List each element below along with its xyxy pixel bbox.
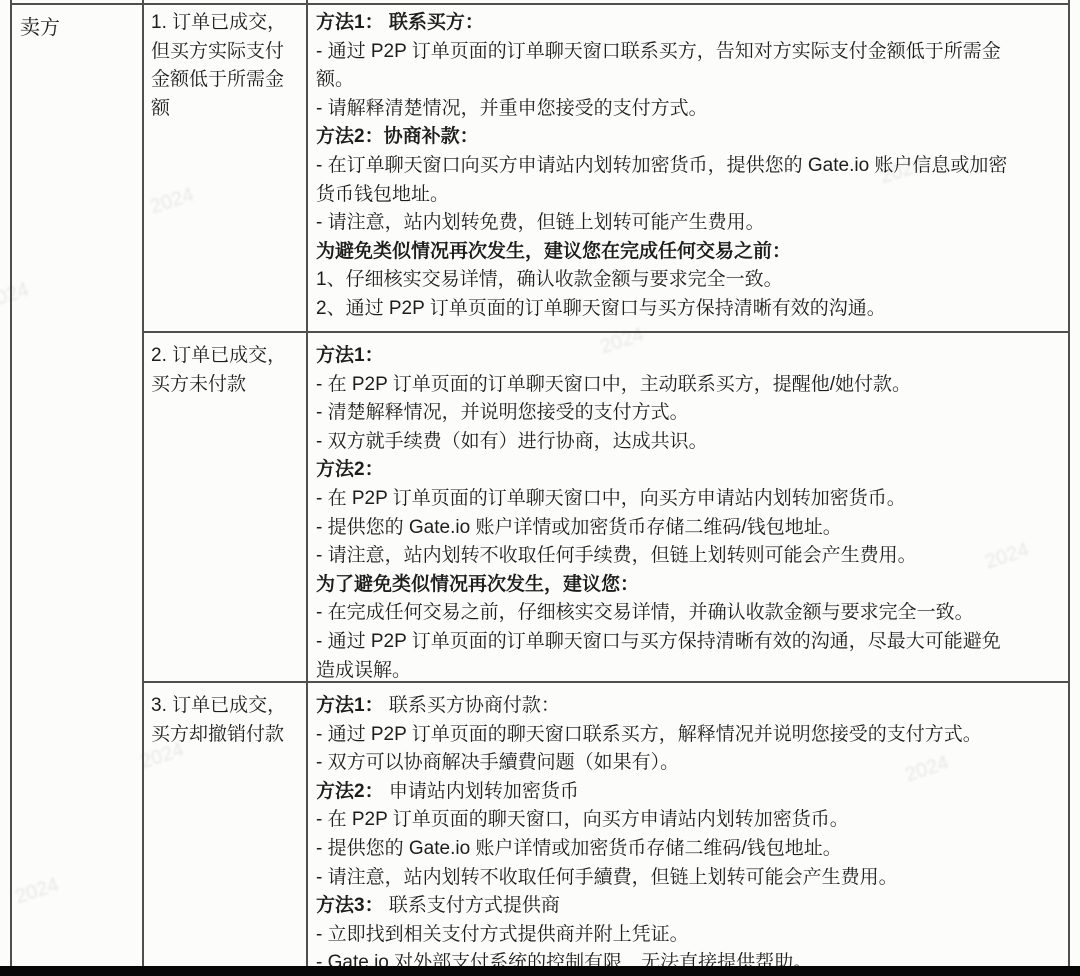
solution-line: - 通过 P2P 订单页面的订单聊天窗口与买方保持清晰有效的沟通，尽最大可能避免… xyxy=(316,628,1012,683)
solution-line: 方法2： 申请站内划转加密货币 xyxy=(316,778,1012,807)
solution-line: - 请解释清楚情况，并重申您接受的支付方式。 xyxy=(316,95,1012,124)
solution-line: 2、通过 P2P 订单页面的订单聊天窗口与买方保持清晰有效的沟通。 xyxy=(316,295,1012,324)
issue-cell-1: 1. 订单已成交，但买方实际支付金额低于所需金额 xyxy=(144,0,308,333)
solution-line: - 清楚解释情况，并说明您接受的支付方式。 xyxy=(316,399,1012,428)
solution-line: - 立即找到相关支付方式提供商并附上凭证。 xyxy=(316,921,1012,950)
solution-line: - 通过 P2P 订单页面的聊天窗口联系买方，解释情况并说明您接受的支付方式。 xyxy=(316,721,1012,750)
solution-line: - 通过 P2P 订单页面的订单聊天窗口联系买方，告知对方实际支付金额低于所需金… xyxy=(316,38,1012,95)
issue-cell-2: 2. 订单已成交，买方未付款 xyxy=(144,333,308,683)
solution-line: - 在订单聊天窗口向买方申请站内划转加密货币，提供您的 Gate.io 账户信息… xyxy=(316,152,1012,209)
issue-text-1: 1. 订单已成交，但买方实际支付金额低于所需金额 xyxy=(151,9,300,123)
solution-line: - 双方就手续费（如有）进行协商，达成共识。 xyxy=(316,428,1012,457)
solution-line: - 在 P2P 订单页面的订单聊天窗口中，主动联系买方，提醒他/她付款。 xyxy=(316,371,1012,400)
solution-line: - 在 P2P 订单页面的订单聊天窗口中，向买方申请站内划转加密货币。 xyxy=(316,485,1012,514)
solution-line: - 请注意，站内划转不收取任何手续费，但链上划转则可能会产生费用。 xyxy=(316,542,1012,571)
solution-line: - 双方可以协商解决手續費问题（如果有）。 xyxy=(316,749,1012,778)
solution-line: 方法1： xyxy=(316,342,1012,371)
page: 20242024202420242024202420242024 卖方 1. 订… xyxy=(0,0,1080,976)
bottom-black-bar xyxy=(0,966,1080,976)
seller-cell: 卖方 xyxy=(12,0,144,976)
solution-line: - 提供您的 Gate.io 账户详情或加密货币存储二维码/钱包地址。 xyxy=(316,514,1012,543)
solution-line: 1、仔细核实交易详情，确认收款金额与要求完全一致。 xyxy=(316,266,1012,295)
issue-text-2: 2. 订单已成交，买方未付款 xyxy=(151,342,300,399)
seller-label: 卖方 xyxy=(20,17,60,39)
solution-line: 为避免类似情况再次发生，建议您在完成任何交易之前： xyxy=(316,238,1012,267)
p2p-issues-table: 卖方 1. 订单已成交，但买方实际支付金额低于所需金额 方法1： 联系买方：- … xyxy=(10,0,1070,976)
solution-line: 方法3： 联系支付方式提供商 xyxy=(316,892,1012,921)
issue-text-3: 3. 订单已成交，买方却撤销付款 xyxy=(151,692,300,749)
solution-line: 方法1： 联系买方： xyxy=(316,9,1012,38)
issue-cell-3: 3. 订单已成交，买方却撤销付款 xyxy=(144,683,308,976)
solution-line: - 请注意，站内划转不收取任何手續費，但链上划转可能会产生费用。 xyxy=(316,864,1012,893)
solution-line: - 在完成任何交易之前，仔细核实交易详情，并确认收款金额与要求完全一致。 xyxy=(316,599,1012,628)
solution-cell-2: 方法1：- 在 P2P 订单页面的订单聊天窗口中，主动联系买方，提醒他/她付款。… xyxy=(308,333,1068,683)
solution-line: - 在 P2P 订单页面的聊天窗口，向买方申请站内划转加密货币。 xyxy=(316,806,1012,835)
solution-line: 为了避免类似情况再次发生，建议您： xyxy=(316,571,1012,600)
solution-line: 方法1： 联系买方协商付款： xyxy=(316,692,1012,721)
solution-cell-1: 方法1： 联系买方：- 通过 P2P 订单页面的订单聊天窗口联系买方，告知对方实… xyxy=(308,0,1068,333)
solution-line: - 提供您的 Gate.io 账户详情或加密货币存储二维码/钱包地址。 xyxy=(316,835,1012,864)
solution-line: 方法2： xyxy=(316,456,1012,485)
solution-line: 方法2：协商补款： xyxy=(316,123,1012,152)
solution-line: - 请注意，站内划转免费，但链上划转可能产生费用。 xyxy=(316,209,1012,238)
solution-cell-3: 方法1： 联系买方协商付款：- 通过 P2P 订单页面的聊天窗口联系买方，解释情… xyxy=(308,683,1068,976)
